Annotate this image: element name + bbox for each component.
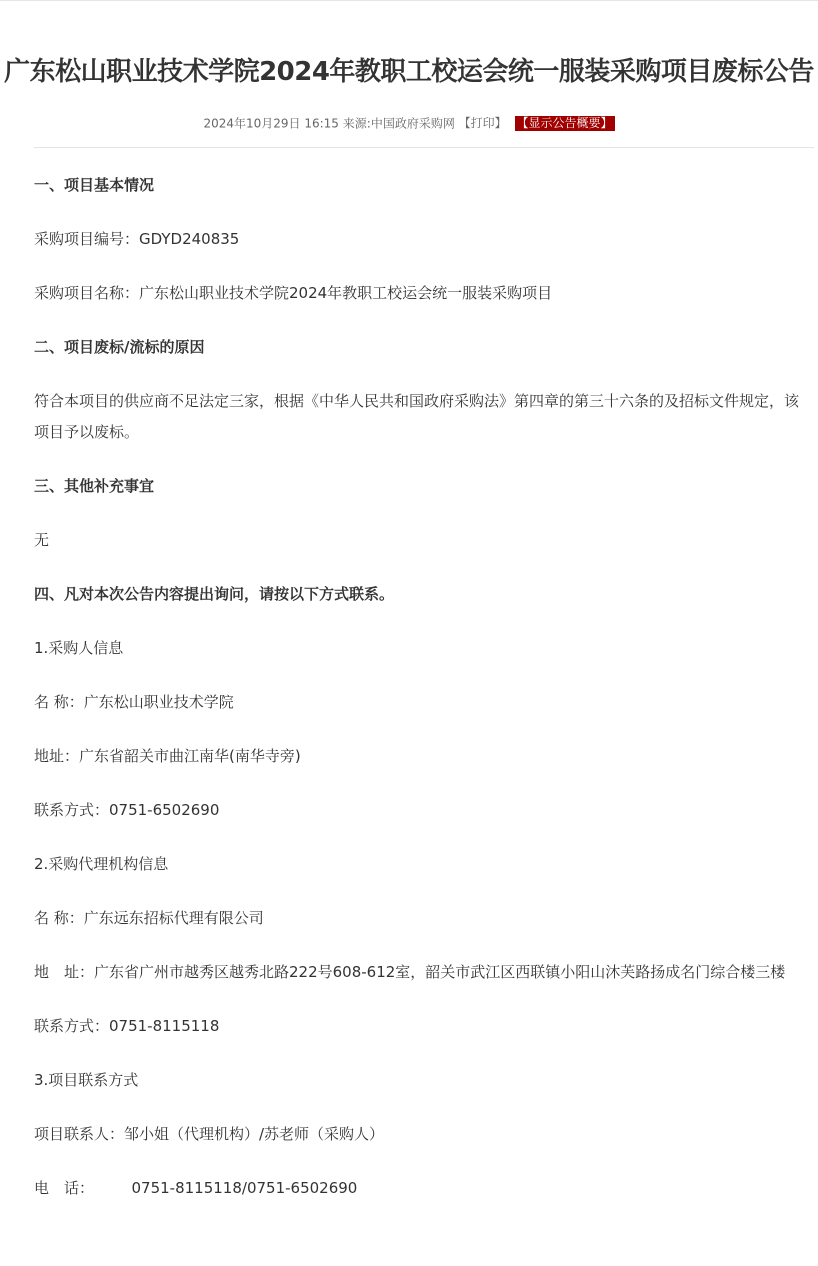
cancellation-reason: 符合本项目的供应商不足法定三家，根据《中华人民共和国政府采购法》第四章的第三十六… bbox=[34, 386, 809, 448]
other-matters: 无 bbox=[34, 525, 809, 556]
project-contact-heading: 3.项目联系方式 bbox=[34, 1065, 809, 1096]
section-heading-basic-info: 一、项目基本情况 bbox=[34, 170, 809, 201]
purchaser-heading: 1.采购人信息 bbox=[34, 633, 809, 664]
agency-contact: 联系方式：0751-8115118 bbox=[34, 1011, 809, 1042]
project-name: 采购项目名称：广东松山职业技术学院2024年教职工校运会统一服装采购项目 bbox=[34, 278, 809, 309]
agency-address: 地 址：广东省广州市越秀区越秀北路222号608-612室，韶关市武江区西联镇小… bbox=[34, 957, 809, 988]
source-label: 来源: bbox=[343, 117, 371, 131]
purchaser-name: 名 称：广东松山职业技术学院 bbox=[34, 687, 809, 718]
publish-datetime: 2024年10月29日 16:15 bbox=[203, 117, 338, 131]
section-heading-other: 三、其他补充事宜 bbox=[34, 471, 809, 502]
source-name: 中国政府采购网 bbox=[371, 117, 455, 131]
section-heading-contact: 四、凡对本次公告内容提出询问，请按以下方式联系。 bbox=[34, 579, 809, 610]
header-divider bbox=[34, 147, 814, 148]
section-heading-reason: 二、项目废标/流标的原因 bbox=[34, 332, 809, 363]
project-number: 采购项目编号：GDYD240835 bbox=[34, 224, 809, 255]
top-border bbox=[0, 0, 818, 1]
agency-heading: 2.采购代理机构信息 bbox=[34, 849, 809, 880]
article-meta: 2024年10月29日 16:15 来源:中国政府采购网 【打印】 【显示公告概… bbox=[0, 114, 818, 133]
project-contact-phone: 电 话： 0751-8115118/0751-6502690 bbox=[34, 1173, 809, 1204]
show-summary-button[interactable]: 【显示公告概要】 bbox=[515, 116, 615, 131]
agency-name: 名 称：广东远东招标代理有限公司 bbox=[34, 903, 809, 934]
article-body: 一、项目基本情况 采购项目编号：GDYD240835 采购项目名称：广东松山职业… bbox=[34, 170, 809, 1227]
purchaser-contact: 联系方式：0751-6502690 bbox=[34, 795, 809, 826]
print-link[interactable]: 【打印】 bbox=[459, 116, 507, 130]
purchaser-address: 地址：广东省韶关市曲江南华(南华寺旁) bbox=[34, 741, 809, 772]
page-title: 广东松山职业技术学院2024年教职工校运会统一服装采购项目废标公告 bbox=[0, 50, 818, 94]
project-contact-person: 项目联系人：邹小姐（代理机构）/苏老师（采购人） bbox=[34, 1119, 809, 1150]
